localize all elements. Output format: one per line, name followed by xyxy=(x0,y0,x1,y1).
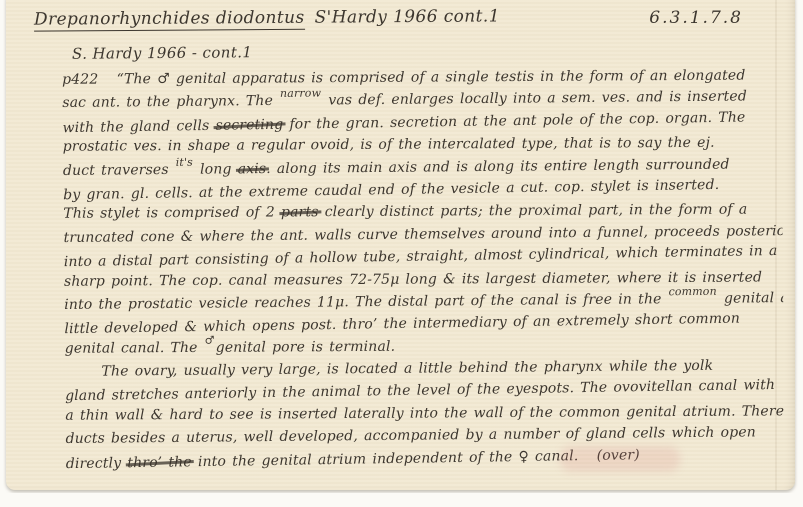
handwritten-text: p422 “The ♂ genital apparatus is compris… xyxy=(62,63,785,482)
handwritten-line: a thin wall & hard to see is inserted la… xyxy=(65,400,784,427)
author-citation: S'Hardy 1966 cont.1 xyxy=(314,6,499,27)
handwritten-line: genital canal. The ♂genital pore is term… xyxy=(65,333,784,360)
struck-word: thro’ the xyxy=(127,454,192,471)
handwritten-line: p422 “The ♂ genital apparatus is compris… xyxy=(62,64,781,91)
scan-edge xyxy=(0,493,803,507)
catalog-number: 6.3.1.7.8 xyxy=(649,8,743,28)
handwritten-line: prostatic ves. in shape a regular ovoid,… xyxy=(63,132,782,159)
struck-word: secreting xyxy=(215,117,283,134)
struck-word: axis xyxy=(238,161,267,177)
ink-bleed-smudge xyxy=(560,446,680,472)
struck-word: parts xyxy=(281,205,319,221)
index-card: Drepanorhynchides diodontusS'Hardy 1966 … xyxy=(6,0,795,490)
scan-background: Drepanorhynchides diodontusS'Hardy 1966 … xyxy=(0,0,803,507)
card-title: Drepanorhynchides diodontusS'Hardy 1966 … xyxy=(34,6,500,29)
species-name: Drepanorhynchides diodontus xyxy=(34,8,305,32)
source-citation: S. Hardy 1966 - cont.1 xyxy=(72,43,252,63)
